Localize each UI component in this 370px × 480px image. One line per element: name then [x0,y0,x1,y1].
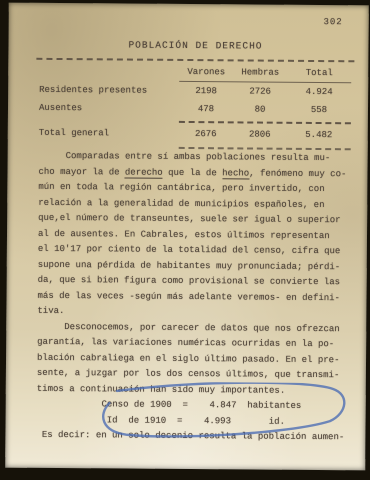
row-label: Total general [39,128,179,139]
population-table: Varones Hembras Total Residentes present… [39,63,352,150]
page-number: 302 [323,17,342,27]
text-line: más de las veces -según más adelante ver… [37,288,355,306]
column-header-total: Total [287,68,351,79]
text-line: garantía, las variaciones numéricas ocur… [37,335,355,353]
text-fragment: que la de [163,167,222,177]
document-title: POBLACIÓN DE DERECHO [38,39,352,52]
cell-total: 4.924 [287,87,351,98]
header-spacer [39,71,179,72]
text-line: sente, a juzgar por los dos censos últim… [37,366,355,384]
underlined-word: hecho [222,168,249,179]
text-fragment: cho mayor la de [38,166,124,177]
column-header-varones: Varones [179,67,233,77]
cell-varones: 478 [179,104,233,114]
text-line: que,el número de transeuntes, suele ser … [38,211,356,229]
cell-total: 558 [287,105,351,116]
table-header-row: Varones Hembras Total [39,63,351,81]
document-page: 302 POBLACIÓN DE DERECHO Varones Hembras… [5,3,369,471]
column-header-hembras: Hembras [233,67,287,77]
table-row: Ausentes 478 80 558 [39,99,351,119]
text-line: mún en toda la región cantábrica, pero i… [38,180,356,198]
paragraph: Desconocemos, por carecer de datos que n… [37,319,356,399]
cell-hembras: 2806 [233,129,287,139]
text-line: Comparadas entre sí ambas poblaciones re… [39,149,357,167]
cell-hembras: 2726 [233,86,287,96]
table-mid-rule [179,119,351,124]
title-underline-rule [36,55,354,62]
text-line: da, que si bien figura como provisional … [38,273,356,291]
cell-varones: 2198 [179,86,233,96]
row-label: Ausentes [39,103,179,114]
cell-varones: 2676 [179,129,233,139]
closing-text-line: Es decir: en un solo decenio resulta la … [36,428,354,446]
census-figures-block: Censo de 1900 = 4.847 habitantes Id de 1… [36,397,354,430]
underlined-word: derecho [125,167,163,178]
text-fragment: , fenómeno muy co- [249,168,346,179]
cell-total: 5.482 [287,130,351,141]
census-line-1900: Censo de 1900 = 4.847 habitantes [37,397,355,415]
paragraph: Comparadas entre sí ambas poblaciones re… [37,149,356,322]
text-line: el 10'17 por ciento de la totalidad del … [38,242,356,260]
cell-hembras: 80 [233,104,287,114]
table-row: Total general 2676 2806 5.482 [39,124,351,144]
row-label: Residentes presentes [39,85,179,96]
document-body: Comparadas entre sí ambas poblaciones re… [36,149,356,446]
